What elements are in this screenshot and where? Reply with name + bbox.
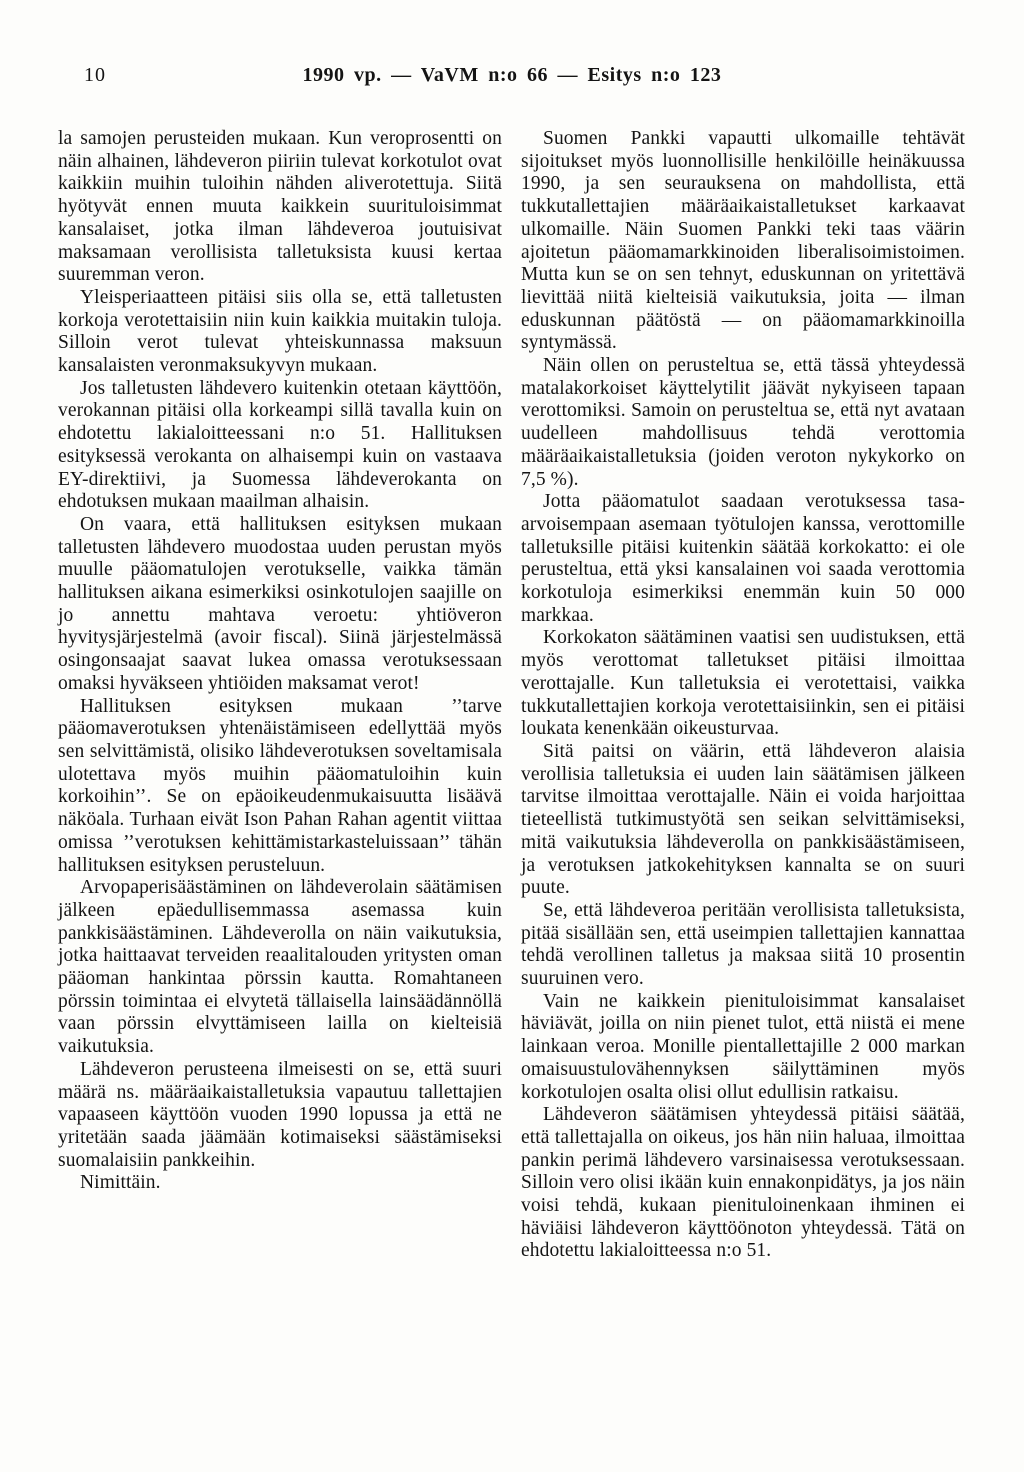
left-column: la samojen perusteiden mukaan. Kun verop… xyxy=(58,128,502,1263)
paragraph: la samojen perusteiden mukaan. Kun verop… xyxy=(58,128,502,287)
paragraph: Korkokaton säätäminen vaatisi sen uudist… xyxy=(521,627,965,741)
paragraph: Suomen Pankki vapautti ulkomaille tehtäv… xyxy=(521,128,965,355)
page-number: 10 xyxy=(84,64,106,87)
paragraph: On vaara, että hallituksen esityksen muk… xyxy=(58,514,502,696)
paragraph: Sitä paitsi on väärin, että lähdeveron a… xyxy=(521,741,965,900)
page-header: 10 1990 vp. — VaVM n:o 66 — Esitys n:o 1… xyxy=(0,0,1024,94)
paragraph: Jotta pääomatulot saadaan verotuksessa t… xyxy=(521,491,965,627)
paragraph: Lähdeveron perusteena ilmeisesti on se, … xyxy=(58,1059,502,1173)
paragraph: Yleisperiaatteen pitäisi siis olla se, e… xyxy=(58,287,502,378)
paragraph: Hallituksen esityksen mukaan ’’tarve pää… xyxy=(58,696,502,878)
two-column-body: la samojen perusteiden mukaan. Kun verop… xyxy=(0,128,1024,1263)
paragraph: Lähdeveron säätämisen yhteydessä pitäisi… xyxy=(521,1104,965,1263)
paragraph: Arvopaperisäästäminen on lähdeverolain s… xyxy=(58,877,502,1059)
paragraph: Nimittäin. xyxy=(58,1172,502,1195)
paragraph: Näin ollen on perusteltua se, että tässä… xyxy=(521,355,965,491)
right-column: Suomen Pankki vapautti ulkomaille tehtäv… xyxy=(521,128,965,1263)
document-page: 10 1990 vp. — VaVM n:o 66 — Esitys n:o 1… xyxy=(0,0,1024,1472)
document-title: 1990 vp. — VaVM n:o 66 — Esitys n:o 123 xyxy=(0,64,1024,87)
paragraph: Vain ne kaikkein pienituloisimmat kansal… xyxy=(521,991,965,1105)
paragraph: Se, että lähdeveroa peritään verollisist… xyxy=(521,900,965,991)
paragraph: Jos talletusten lähdevero kuitenkin otet… xyxy=(58,378,502,514)
